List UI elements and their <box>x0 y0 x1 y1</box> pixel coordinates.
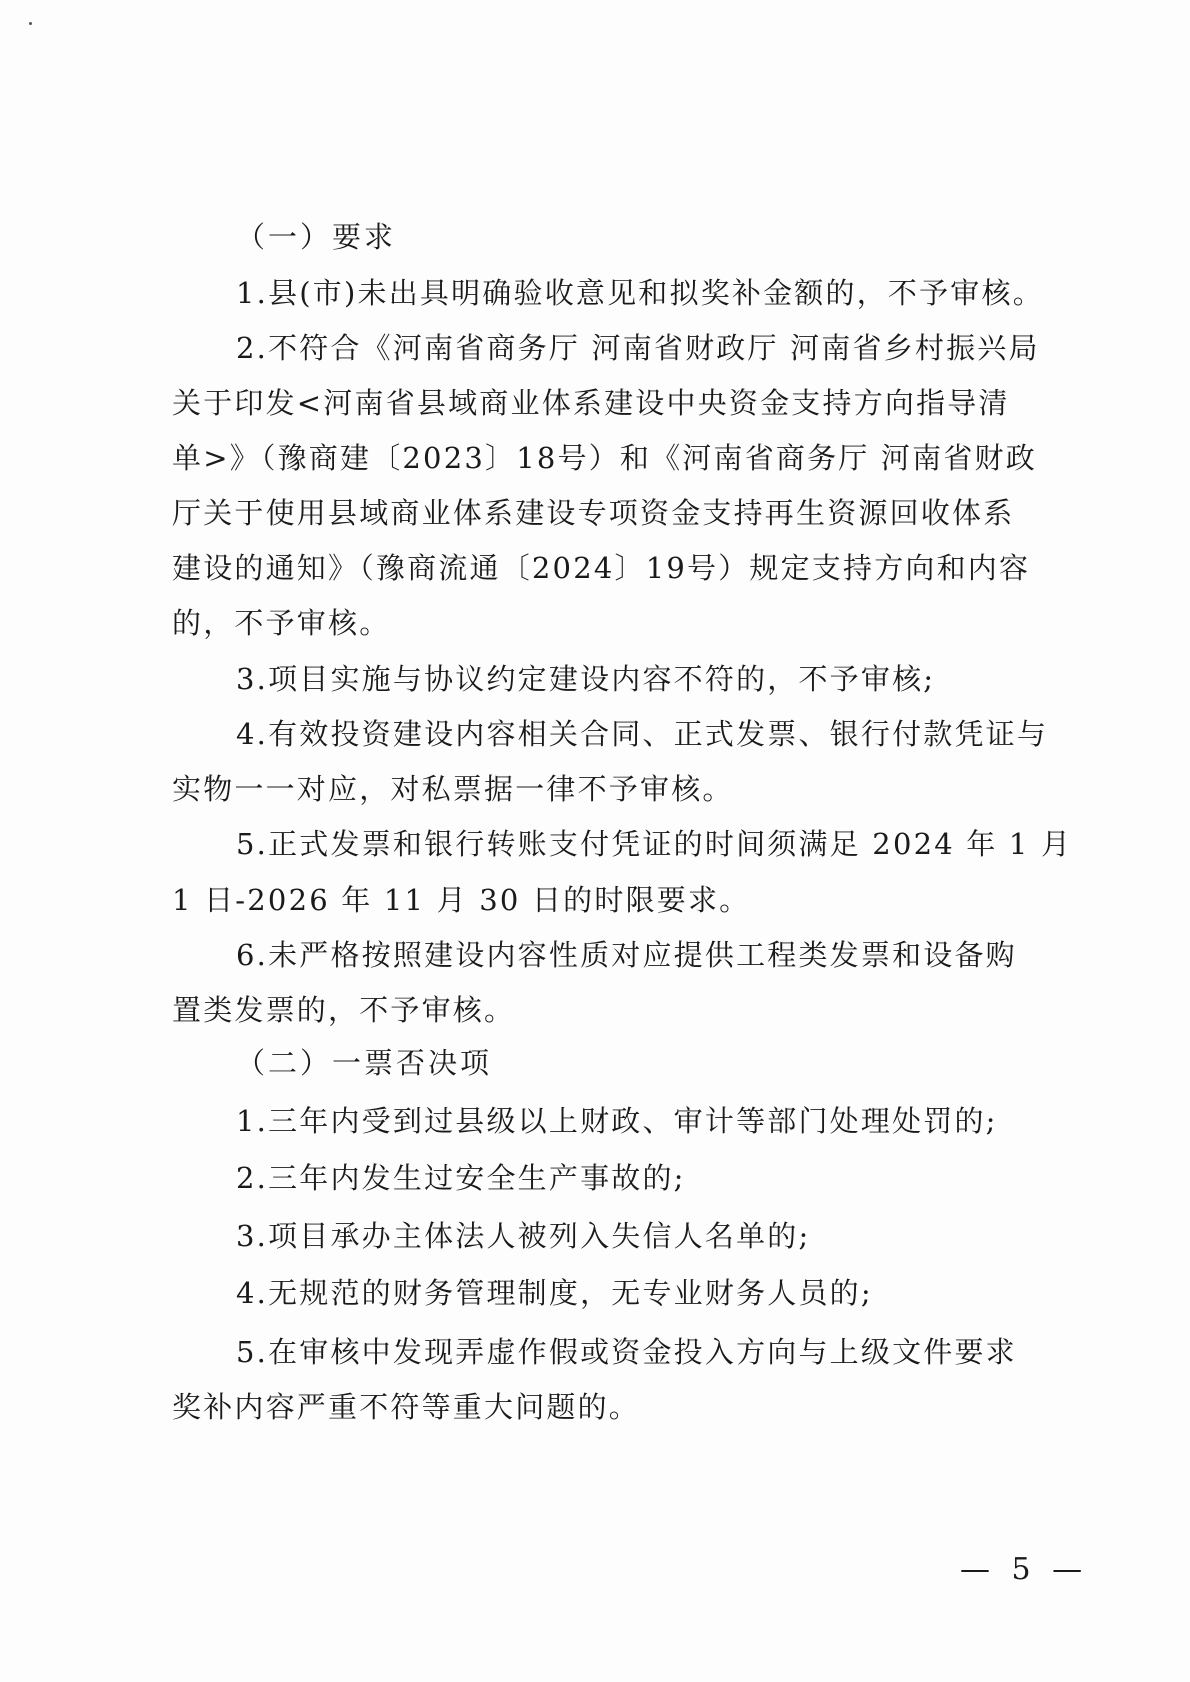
requirement-2-line-3: 单>》（豫商建〔2023〕18号）和《河南省商务厅 河南省财政 <box>172 438 1062 478</box>
requirement-5-line-2: 1 日-2026 年 11 月 30 日的时限要求。 <box>172 880 1062 920</box>
document-page: （一）要求 1.县(市)未出具明确验收意见和拟奖补金额的，不予审核。 2.不符合… <box>0 0 1190 1682</box>
veto-item-2: 2.三年内发生过安全生产事故的; <box>236 1158 1126 1198</box>
scan-speck <box>29 22 32 25</box>
veto-item-5-line-1: 5.在审核中发现弄虚作假或资金投入方向与上级文件要求 <box>236 1332 1126 1372</box>
requirement-6-line-2: 置类发票的，不予审核。 <box>172 990 1062 1030</box>
requirement-4-line-1: 4.有效投资建设内容相关合同、正式发票、银行付款凭证与 <box>236 714 1126 754</box>
page-number: — 5 — <box>960 1550 1088 1590</box>
requirement-4-line-2: 实物一一对应，对私票据一律不予审核。 <box>172 769 1062 809</box>
requirement-1: 1.县(市)未出具明确验收意见和拟奖补金额的，不予审核。 <box>236 273 1126 313</box>
requirement-2-line-5: 建设的通知》（豫商流通〔2024〕19号）规定支持方向和内容 <box>172 548 1062 588</box>
requirement-2-line-1: 2.不符合《河南省商务厅 河南省财政厅 河南省乡村振兴局 <box>236 328 1126 368</box>
veto-item-4: 4.无规范的财务管理制度，无专业财务人员的; <box>236 1273 1126 1313</box>
veto-item-5-line-2: 奖补内容严重不符等重大问题的。 <box>172 1387 1062 1427</box>
requirement-6-line-1: 6.未严格按照建设内容性质对应提供工程类发票和设备购 <box>236 935 1126 975</box>
requirement-2-line-2: 关于印发<河南省县域商业体系建设中央资金支持方向指导清 <box>172 383 1062 423</box>
requirement-2-line-6: 的，不予审核。 <box>172 603 1062 643</box>
requirement-3: 3.项目实施与协议约定建设内容不符的，不予审核; <box>236 659 1126 699</box>
section-heading-requirements: （一）要求 <box>236 217 1126 257</box>
requirement-5-line-1: 5.正式发票和银行转账支付凭证的时间须满足 2024 年 1 月 <box>236 824 1126 864</box>
requirement-2-line-4: 厅关于使用县域商业体系建设专项资金支持再生资源回收体系 <box>172 493 1062 533</box>
section-heading-veto-items: （二）一票否决项 <box>236 1043 1126 1083</box>
veto-item-3: 3.项目承办主体法人被列入失信人名单的; <box>236 1216 1126 1256</box>
veto-item-1: 1.三年内受到过县级以上财政、审计等部门处理处罚的; <box>236 1101 1126 1141</box>
